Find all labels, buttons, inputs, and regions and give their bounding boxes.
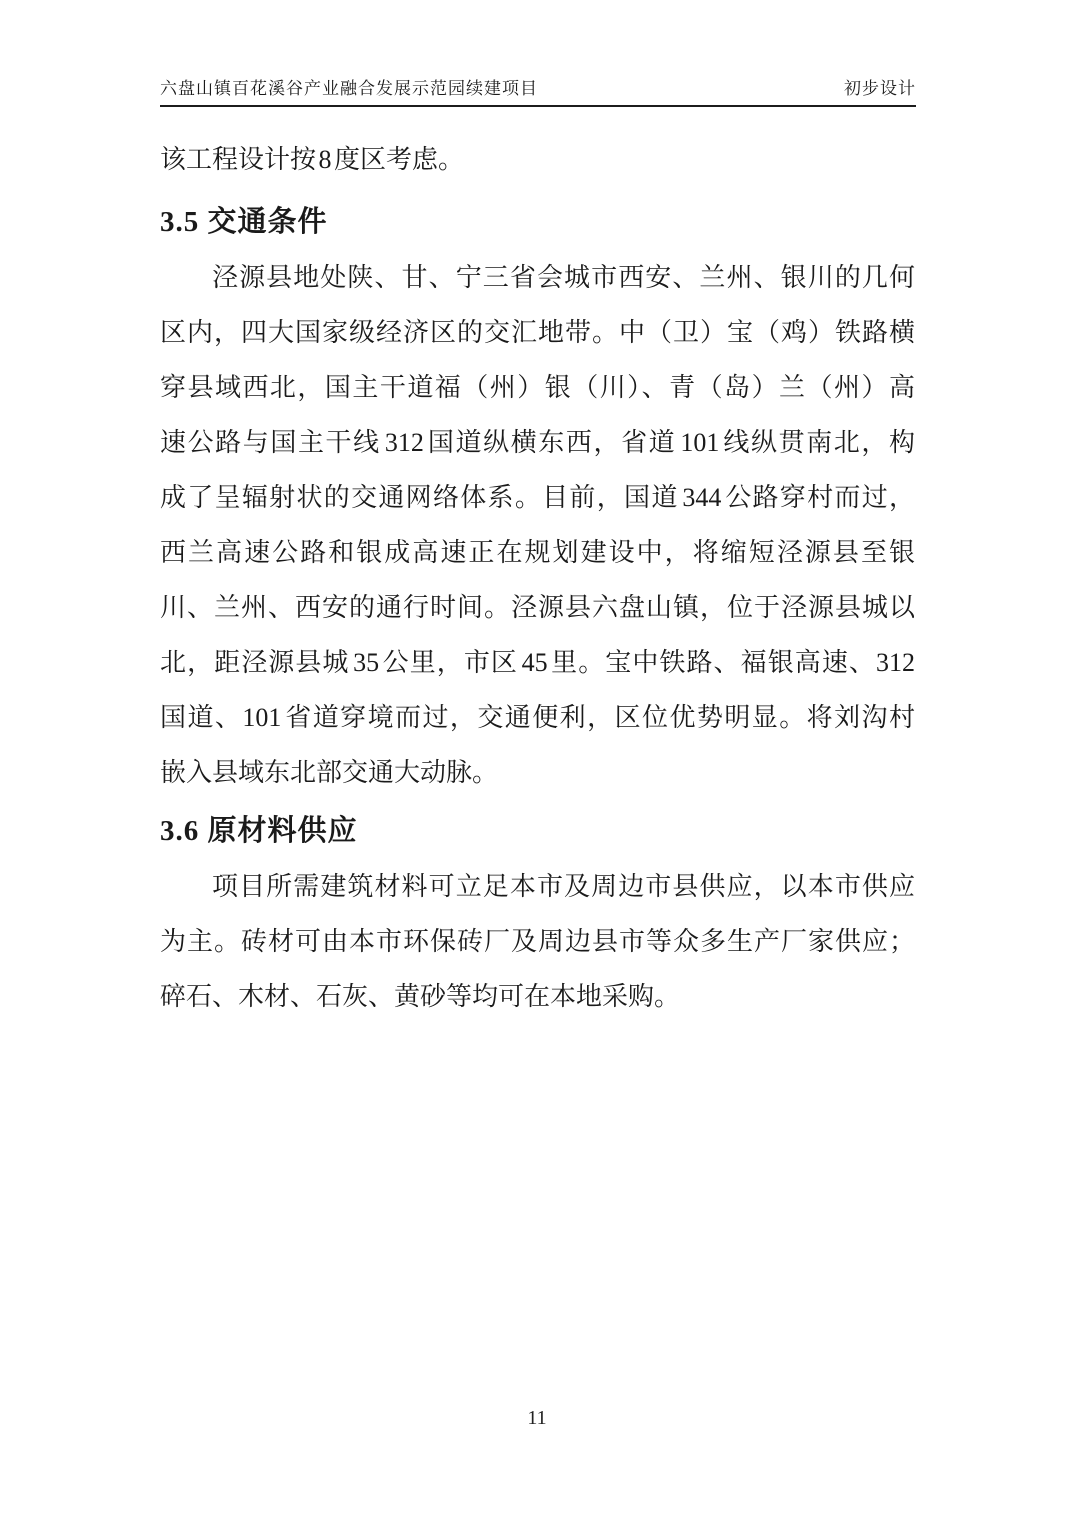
header-project-title: 六盘山镇百花溪谷产业融合发展示范园续建项目 [160, 78, 538, 99]
text-line: 为主。砖材可由本市环保砖厂及周边县市等众多生产厂家供应； [160, 914, 915, 969]
text-line: 项目所需建筑材料可立足本市及周边市县供应，以本市供应 [160, 859, 915, 914]
section-heading-3-5: 3.5 交通条件 [160, 195, 915, 250]
text-line: 成了呈辐射状的交通网络体系。目前，国道 344 公路穿村而过， [160, 470, 915, 525]
text-line: 区内，四大国家级经济区的交汇地带。中（卫）宝（鸡）铁路横 [160, 305, 915, 360]
header-doc-type: 初步设计 [844, 78, 916, 99]
text-line: 速公路与国主干线 312 国道纵横东西，省道 101 线纵贯南北，构 [160, 415, 915, 470]
text-line: 碎石、木材、石灰、黄砂等均可在本地采购。 [160, 969, 915, 1024]
text-line: 嵌入县域东北部交通大动脉。 [160, 745, 915, 800]
text-line: 泾源县地处陕、甘、宁三省会城市西安、兰州、银川的几何 [160, 250, 915, 305]
document-page: 六盘山镇百花溪谷产业融合发展示范园续建项目 初步设计 该工程设计按 8 度区考虑… [0, 0, 1074, 1520]
section-heading-3-6: 3.6 原材料供应 [160, 804, 915, 859]
page-number: 11 [527, 1407, 546, 1429]
text-line: 国道、101 省道穿境而过，交通便利，区位优势明显。将刘沟村 [160, 690, 915, 745]
text-line: 穿县域西北，国主干道福（州）银（川）、青（岛）兰（州）高 [160, 360, 915, 415]
text-line: 西兰高速公路和银成高速正在规划建设中，将缩短泾源县至银 [160, 525, 915, 580]
document-body: 该工程设计按 8 度区考虑。 3.5 交通条件 泾源县地处陕、甘、宁三省会城市西… [160, 132, 915, 1024]
paragraph-continuation-line: 该工程设计按 8 度区考虑。 [160, 132, 915, 187]
text-line: 北，距泾源县城 35 公里，市区 45 里。宝中铁路、福银高速、312 [160, 635, 915, 690]
text-line: 川、兰州、西安的通行时间。泾源县六盘山镇，位于泾源县城以 [160, 580, 915, 635]
page-footer: 11 [0, 1404, 1074, 1432]
page-header: 六盘山镇百花溪谷产业融合发展示范园续建项目 初步设计 [160, 78, 916, 107]
